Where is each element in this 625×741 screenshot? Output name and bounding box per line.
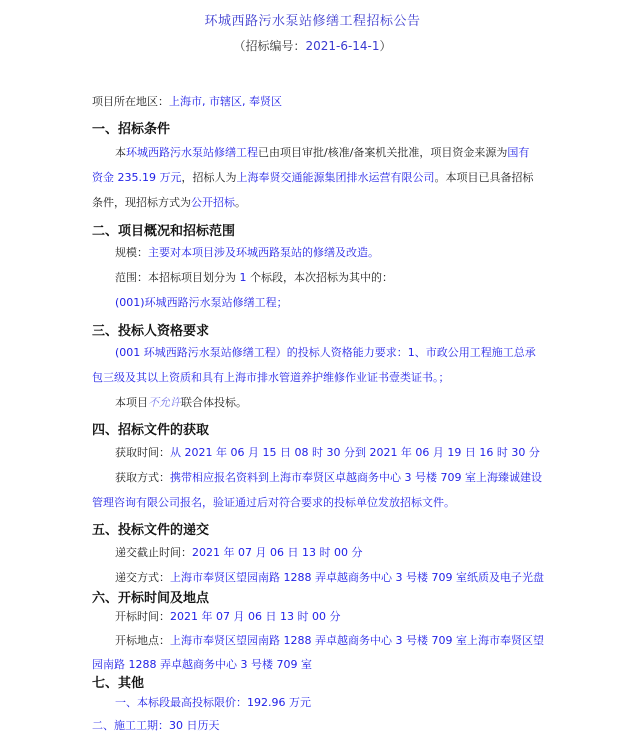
time-label: 获取时间： [115,446,170,459]
bid-number-suffix: ） [380,39,392,53]
fund-source: 国有 [507,146,529,159]
text: 本项目 [115,396,148,409]
bid-conditions-line-1: 本环城西路污水泵站修缮工程已由项目审批/核准/备案机关批准，项目资金来源为国有 [115,146,565,160]
submission-method: 递交方式：上海市奉贤区望园南路 1288 弄卓越商务中心 3 号楼 709 室纸… [115,571,565,585]
bid-conditions-line-2: 资金 235.19 万元，招标人为上海奉贤交通能源集团排水运营有限公司。本项目已… [92,171,542,185]
place-value: 上海市奉贤区望园南路 1288 弄卓越商务中心 3 号楼 709 室上海市奉贤区… [170,634,544,647]
bid-number: 2021-6-14-1 [305,39,379,53]
submission-deadline: 递交截止时间：2021 年 07 月 06 日 13 时 00 分 [115,546,565,560]
lot-item: (001)环城西路污水泵站修缮工程； [115,296,565,310]
text: ，招标人为 [181,171,236,184]
lot-count: 1 [240,271,247,284]
time-label: 开标时间： [115,610,170,623]
consortium-value: 不允许 [148,396,181,409]
project-location: 项目所在地区：上海市, 市辖区, 奉贤区 [92,95,542,109]
section-heading-bid-submission: 五、投标文件的递交 [92,519,209,538]
acquisition-method-line-1: 获取方式：携带相应报名资料到上海市奉贤区卓越商务中心 3 号楼 709 室上海臻… [115,471,565,485]
opening-place-line-1: 开标地点：上海市奉贤区望园南路 1288 弄卓越商务中心 3 号楼 709 室上… [115,634,565,648]
qualification-line-1: (001 环城西路污水泵站修缮工程）的投标人资格能力要求：1、市政公用工程施工总… [115,346,565,360]
method-label: 获取方式： [115,471,170,484]
scope-label: 范围：本招标项目划分为 [115,271,240,284]
place-label: 开标地点： [115,634,170,647]
consortium-policy: 本项目不允许联合体投标。 [115,396,565,410]
section-heading-bid-conditions: 一、招标条件 [92,118,170,137]
section-heading-doc-acquisition: 四、招标文件的获取 [92,419,209,438]
text: 。本项目已具备招标 [434,171,533,184]
tenderer-name: 上海奉贤交通能源集团排水运营有限公司 [236,171,434,184]
fund-amount: 资金 235.19 万元 [92,171,181,184]
project-scope: 范围：本招标项目划分为 1 个标段，本次招标为其中的： [115,271,565,285]
qualification-line-2: 包三级及其以上资质和具有上海市排水管道养护维修作业证书壹类证书。； [92,371,542,385]
deadline-value: 2021 年 07 月 06 日 13 时 00 分 [192,546,362,559]
method-value: 携带相应报名资料到上海市奉贤区卓越商务中心 3 号楼 709 室上海臻诚建设 [170,471,542,484]
text: 本 [115,146,126,159]
scale-label: 规模： [115,246,148,259]
bid-number-prefix: （招标编号： [233,39,305,53]
section-heading-bid-opening: 六、开标时间及地点 [92,587,209,606]
location-label: 项目所在地区： [92,95,169,108]
project-name: 环城西路污水泵站修缮工程 [126,146,258,159]
text: 联合体投标。 [181,396,247,409]
scale-value: 主要对本项目涉及环城西路泵站的修缮及改造。 [148,246,379,259]
acquisition-method-line-2: 管理咨询有限公司报名，验证通过后对符合要求的投标单位发放招标文件。 [92,496,542,510]
text: 条件，现招标方式为 [92,196,191,209]
text: 已由项目审批/核准/备案机关批准，项目资金来源为 [258,146,507,159]
text: 个标段，本次招标为其中的： [247,271,394,284]
max-bid-price: 一、本标段最高投标限价：192.96 万元 [115,696,565,710]
section-heading-project-overview: 二、项目概况和招标范围 [92,220,235,239]
time-value: 从 2021 年 06 月 15 日 08 时 30 分到 2021 年 06 … [170,446,540,459]
section-heading-other: 七、其他 [92,672,144,691]
opening-time: 开标时间：2021 年 07 月 06 日 13 时 00 分 [115,610,565,624]
opening-place-line-2: 园南路 1288 弄卓越商务中心 3 号楼 709 室 [92,658,542,672]
bid-method: 公开招标 [191,196,235,209]
bid-number-line: （招标编号：2021-6-14-1） [0,37,625,54]
acquisition-time: 获取时间：从 2021 年 06 月 15 日 08 时 30 分到 2021 … [115,446,565,460]
text: 。 [235,196,246,209]
section-heading-bidder-qualifications: 三、投标人资格要求 [92,320,209,339]
deadline-label: 递交截止时间： [115,546,192,559]
method-label: 递交方式： [115,571,170,584]
method-value: 上海市奉贤区望园南路 1288 弄卓越商务中心 3 号楼 709 室纸质及电子光… [170,571,544,584]
construction-period: 二、施工工期：30 日历天 [92,719,542,733]
project-scale: 规模：主要对本项目涉及环城西路泵站的修缮及改造。 [115,246,565,260]
bid-conditions-line-3: 条件，现招标方式为公开招标。 [92,196,542,210]
time-value: 2021 年 07 月 06 日 13 时 00 分 [170,610,340,623]
location-value: 上海市, 市辖区, 奉贤区 [169,95,282,108]
page-title: 环城西路污水泵站修缮工程招标公告 [0,10,625,29]
